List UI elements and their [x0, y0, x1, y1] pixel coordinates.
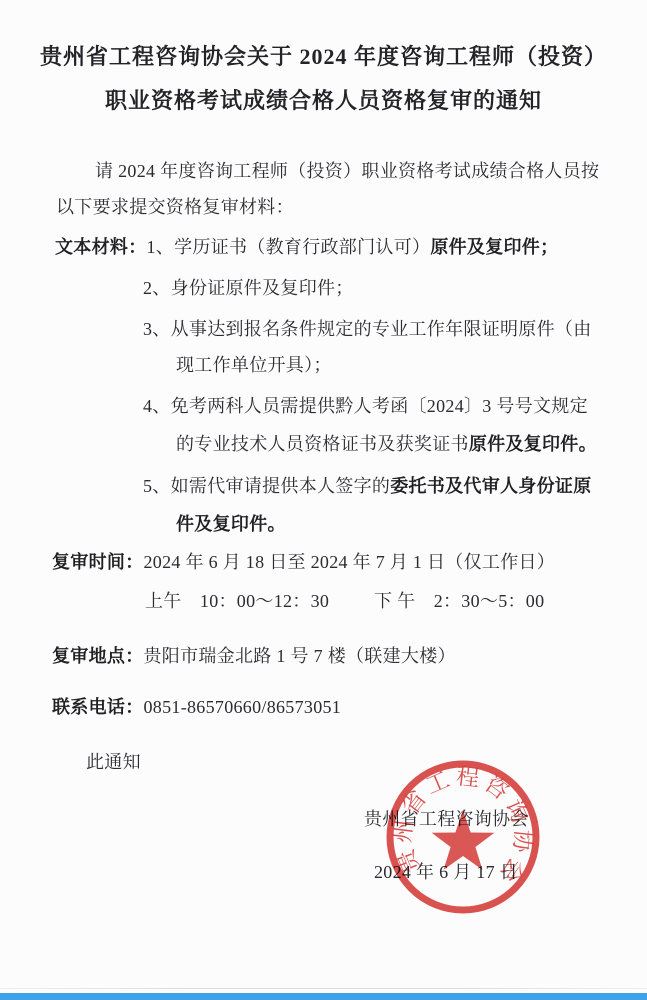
- footer-blue-bar: [0, 993, 647, 1000]
- signature-org-name: 贵州省工程咨询协会: [364, 806, 529, 832]
- review-location-value: 贵阳市瑞金北路 1 号 7 楼（联建大楼）: [144, 646, 456, 666]
- materials-label: 文本材料：: [55, 237, 147, 257]
- materials-item-2: 2、身份证原件及复印件；: [143, 275, 354, 301]
- item-1-text: 1、学历证书（教育行政部门认可）: [147, 237, 431, 257]
- materials-item-3-line-2: 现工作单位开具）；: [176, 352, 332, 378]
- contact-phone-value: 0851-86570660/86573051: [144, 697, 342, 717]
- materials-item-3-line-1: 3、从事达到报名条件规定的专业工作年限证明原件（由: [143, 316, 592, 342]
- closing-text: 此通知: [86, 749, 141, 775]
- notice-title-line-1: 贵州省工程咨询协会关于 2024 年度咨询工程师（投资）: [0, 40, 647, 71]
- official-seal-stamp: 贵州省工程咨询协会: [368, 742, 560, 938]
- review-time-line: 复审时间：2024 年 6 月 18 日至 2024 年 7 月 1 日（仅工作…: [52, 549, 555, 575]
- item-4-text: 的专业技术人员资格证书及获奖证书: [176, 434, 469, 454]
- document-page: 贵州省工程咨询协会关于 2024 年度咨询工程师（投资） 职业资格考试成绩合格人…: [0, 0, 647, 1000]
- page-bottom-edge-line: [0, 988, 647, 989]
- review-hours-afternoon: 下 午 2：30～5：00: [374, 588, 544, 614]
- materials-item-4-line-2: 的专业技术人员资格证书及获奖证书原件及复印件。: [176, 431, 597, 457]
- item-4-bold-text: 原件及复印件。: [469, 434, 597, 454]
- seal-svg: 贵州省工程咨询协会: [368, 742, 560, 938]
- review-hours-morning: 上午 10：00～12：30: [145, 588, 329, 614]
- intro-line-1: 请 2024 年度咨询工程师（投资）职业资格考试成绩合格人员按: [95, 158, 599, 184]
- review-hours-line: 上午 10：00～12：30 下 午 2：30～5：00: [0, 588, 647, 614]
- intro-line-2: 以下要求提交资格复审材料：: [56, 194, 294, 220]
- item-1-bold-text: 原件及复印件；: [430, 237, 558, 257]
- materials-item-5-line-1: 5、如需代审请提供本人签字的委托书及代审人身份证原: [143, 473, 592, 499]
- review-location-line: 复审地点：贵阳市瑞金北路 1 号 7 楼（联建大楼）: [52, 643, 456, 669]
- seal-ring: [390, 764, 536, 910]
- review-time-label: 复审时间：: [52, 552, 144, 572]
- materials-item-4-line-1: 4、免考两科人员需提供黔人考函〔2024〕3 号号文规定: [143, 393, 588, 419]
- contact-phone-label: 联系电话：: [52, 697, 144, 717]
- item-5-text: 5、如需代审请提供本人签字的: [143, 476, 390, 496]
- review-location-label: 复审地点：: [52, 646, 144, 666]
- materials-item-1: 文本材料：1、学历证书（教育行政部门认可）原件及复印件；: [55, 234, 558, 260]
- materials-item-5-line-2: 件及复印件。: [176, 511, 286, 537]
- review-time-value: 2024 年 6 月 18 日至 2024 年 7 月 1 日（仅工作日）: [144, 552, 556, 572]
- contact-phone-line: 联系电话：0851-86570660/86573051: [52, 694, 341, 720]
- notice-title-line-2: 职业资格考试成绩合格人员资格复审的通知: [0, 84, 647, 115]
- signature-date: 2024 年 6 月 17 日: [374, 859, 518, 885]
- item-5-bold-text: 委托书及代审人身份证原: [390, 476, 591, 496]
